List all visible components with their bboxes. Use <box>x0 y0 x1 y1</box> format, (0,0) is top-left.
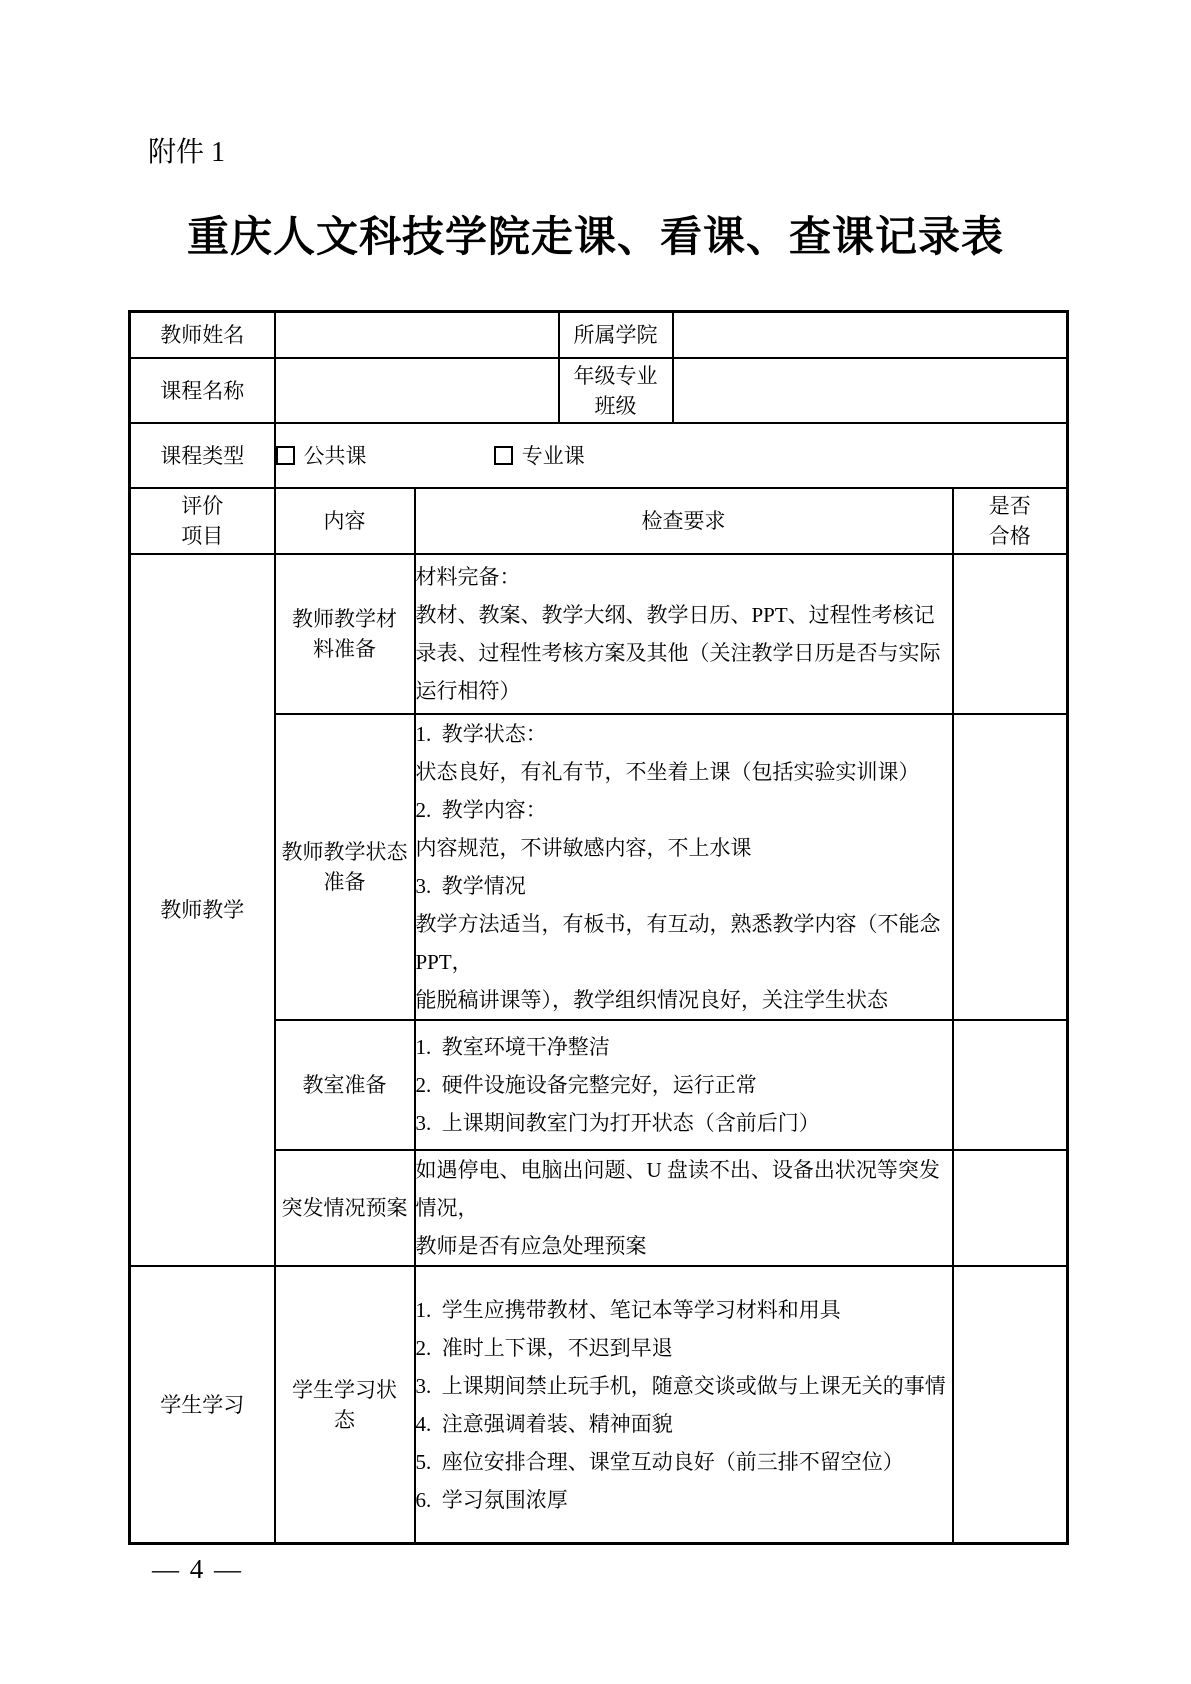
course-type-label: 课程类型 <box>130 423 275 488</box>
requirement-student-state: 1. 学生应携带教材、笔记本等学习材料和用具 2. 准时上下课，不迟到早退 3.… <box>415 1266 953 1544</box>
header-content: 内容 <box>275 488 415 554</box>
record-table: 教师姓名 所属学院 课程名称 年级专业 班级 课程类型 公共课 专业课 <box>128 310 1069 1545</box>
page-title: 重庆人文科技学院走课、看课、查课记录表 <box>0 204 1191 264</box>
qualified-cell-classroom[interactable] <box>953 1020 1068 1150</box>
document-page: 附件 1 重庆人文科技学院走课、看课、查课记录表 教师姓名 所属学院 课程名称 … <box>0 0 1191 1684</box>
qualified-cell-emergency[interactable] <box>953 1150 1068 1266</box>
requirement-emergency: 如遇停电、电脑出问题、U 盘读不出、设备出状况等突发情况， 教师是否有应急处理预… <box>415 1150 953 1266</box>
requirement-classroom: 1. 教室环境干净整洁 2. 硬件设施设备完整完好，运行正常 3. 上课期间教室… <box>415 1020 953 1150</box>
checkbox-public-course-label: 公共课 <box>304 440 367 470</box>
content-label-teaching-state: 教师教学状态 准备 <box>275 714 415 1020</box>
qualified-cell-teaching-state[interactable] <box>953 714 1068 1020</box>
section-student-learning: 学生学习 <box>130 1266 275 1544</box>
content-label-emergency: 突发情况预案 <box>275 1150 415 1266</box>
checkbox-icon[interactable] <box>276 446 295 465</box>
course-name-label: 课程名称 <box>130 358 275 423</box>
checkbox-public-course[interactable]: 公共课 <box>276 440 367 470</box>
checkbox-icon[interactable] <box>494 446 513 465</box>
content-label-materials: 教师教学材 料准备 <box>275 554 415 714</box>
checkbox-major-course-label: 专业课 <box>522 440 585 470</box>
grade-major-label: 年级专业 班级 <box>559 358 673 423</box>
college-label: 所属学院 <box>559 312 673 359</box>
content-label-classroom: 教室准备 <box>275 1020 415 1150</box>
page-number: — 4 — <box>152 1554 243 1585</box>
content-label-student-state: 学生学习状 态 <box>275 1266 415 1544</box>
grade-major-value[interactable] <box>673 358 1068 423</box>
requirement-materials: 材料完备： 教材、教案、教学大纲、教学日历、PPT、过程性考核记 录表、过程性考… <box>415 554 953 714</box>
qualified-cell-student-state[interactable] <box>953 1266 1068 1544</box>
teacher-name-value[interactable] <box>275 312 559 359</box>
course-type-options: 公共课 专业课 <box>275 423 1068 488</box>
college-value[interactable] <box>673 312 1068 359</box>
course-name-value[interactable] <box>275 358 559 423</box>
attachment-label: 附件 1 <box>148 136 225 170</box>
requirement-teaching-state: 1. 教学状态： 状态良好，有礼有节，不坐着上课（包括实验实训课） 2. 教学内… <box>415 714 953 1020</box>
header-eval-item: 评价 项目 <box>130 488 275 554</box>
qualified-cell-materials[interactable] <box>953 554 1068 714</box>
header-requirement: 检查要求 <box>415 488 953 554</box>
checkbox-major-course[interactable]: 专业课 <box>494 440 585 470</box>
header-qualified: 是否 合格 <box>953 488 1068 554</box>
teacher-name-label: 教师姓名 <box>130 312 275 359</box>
section-teacher-teaching: 教师教学 <box>130 554 275 1266</box>
